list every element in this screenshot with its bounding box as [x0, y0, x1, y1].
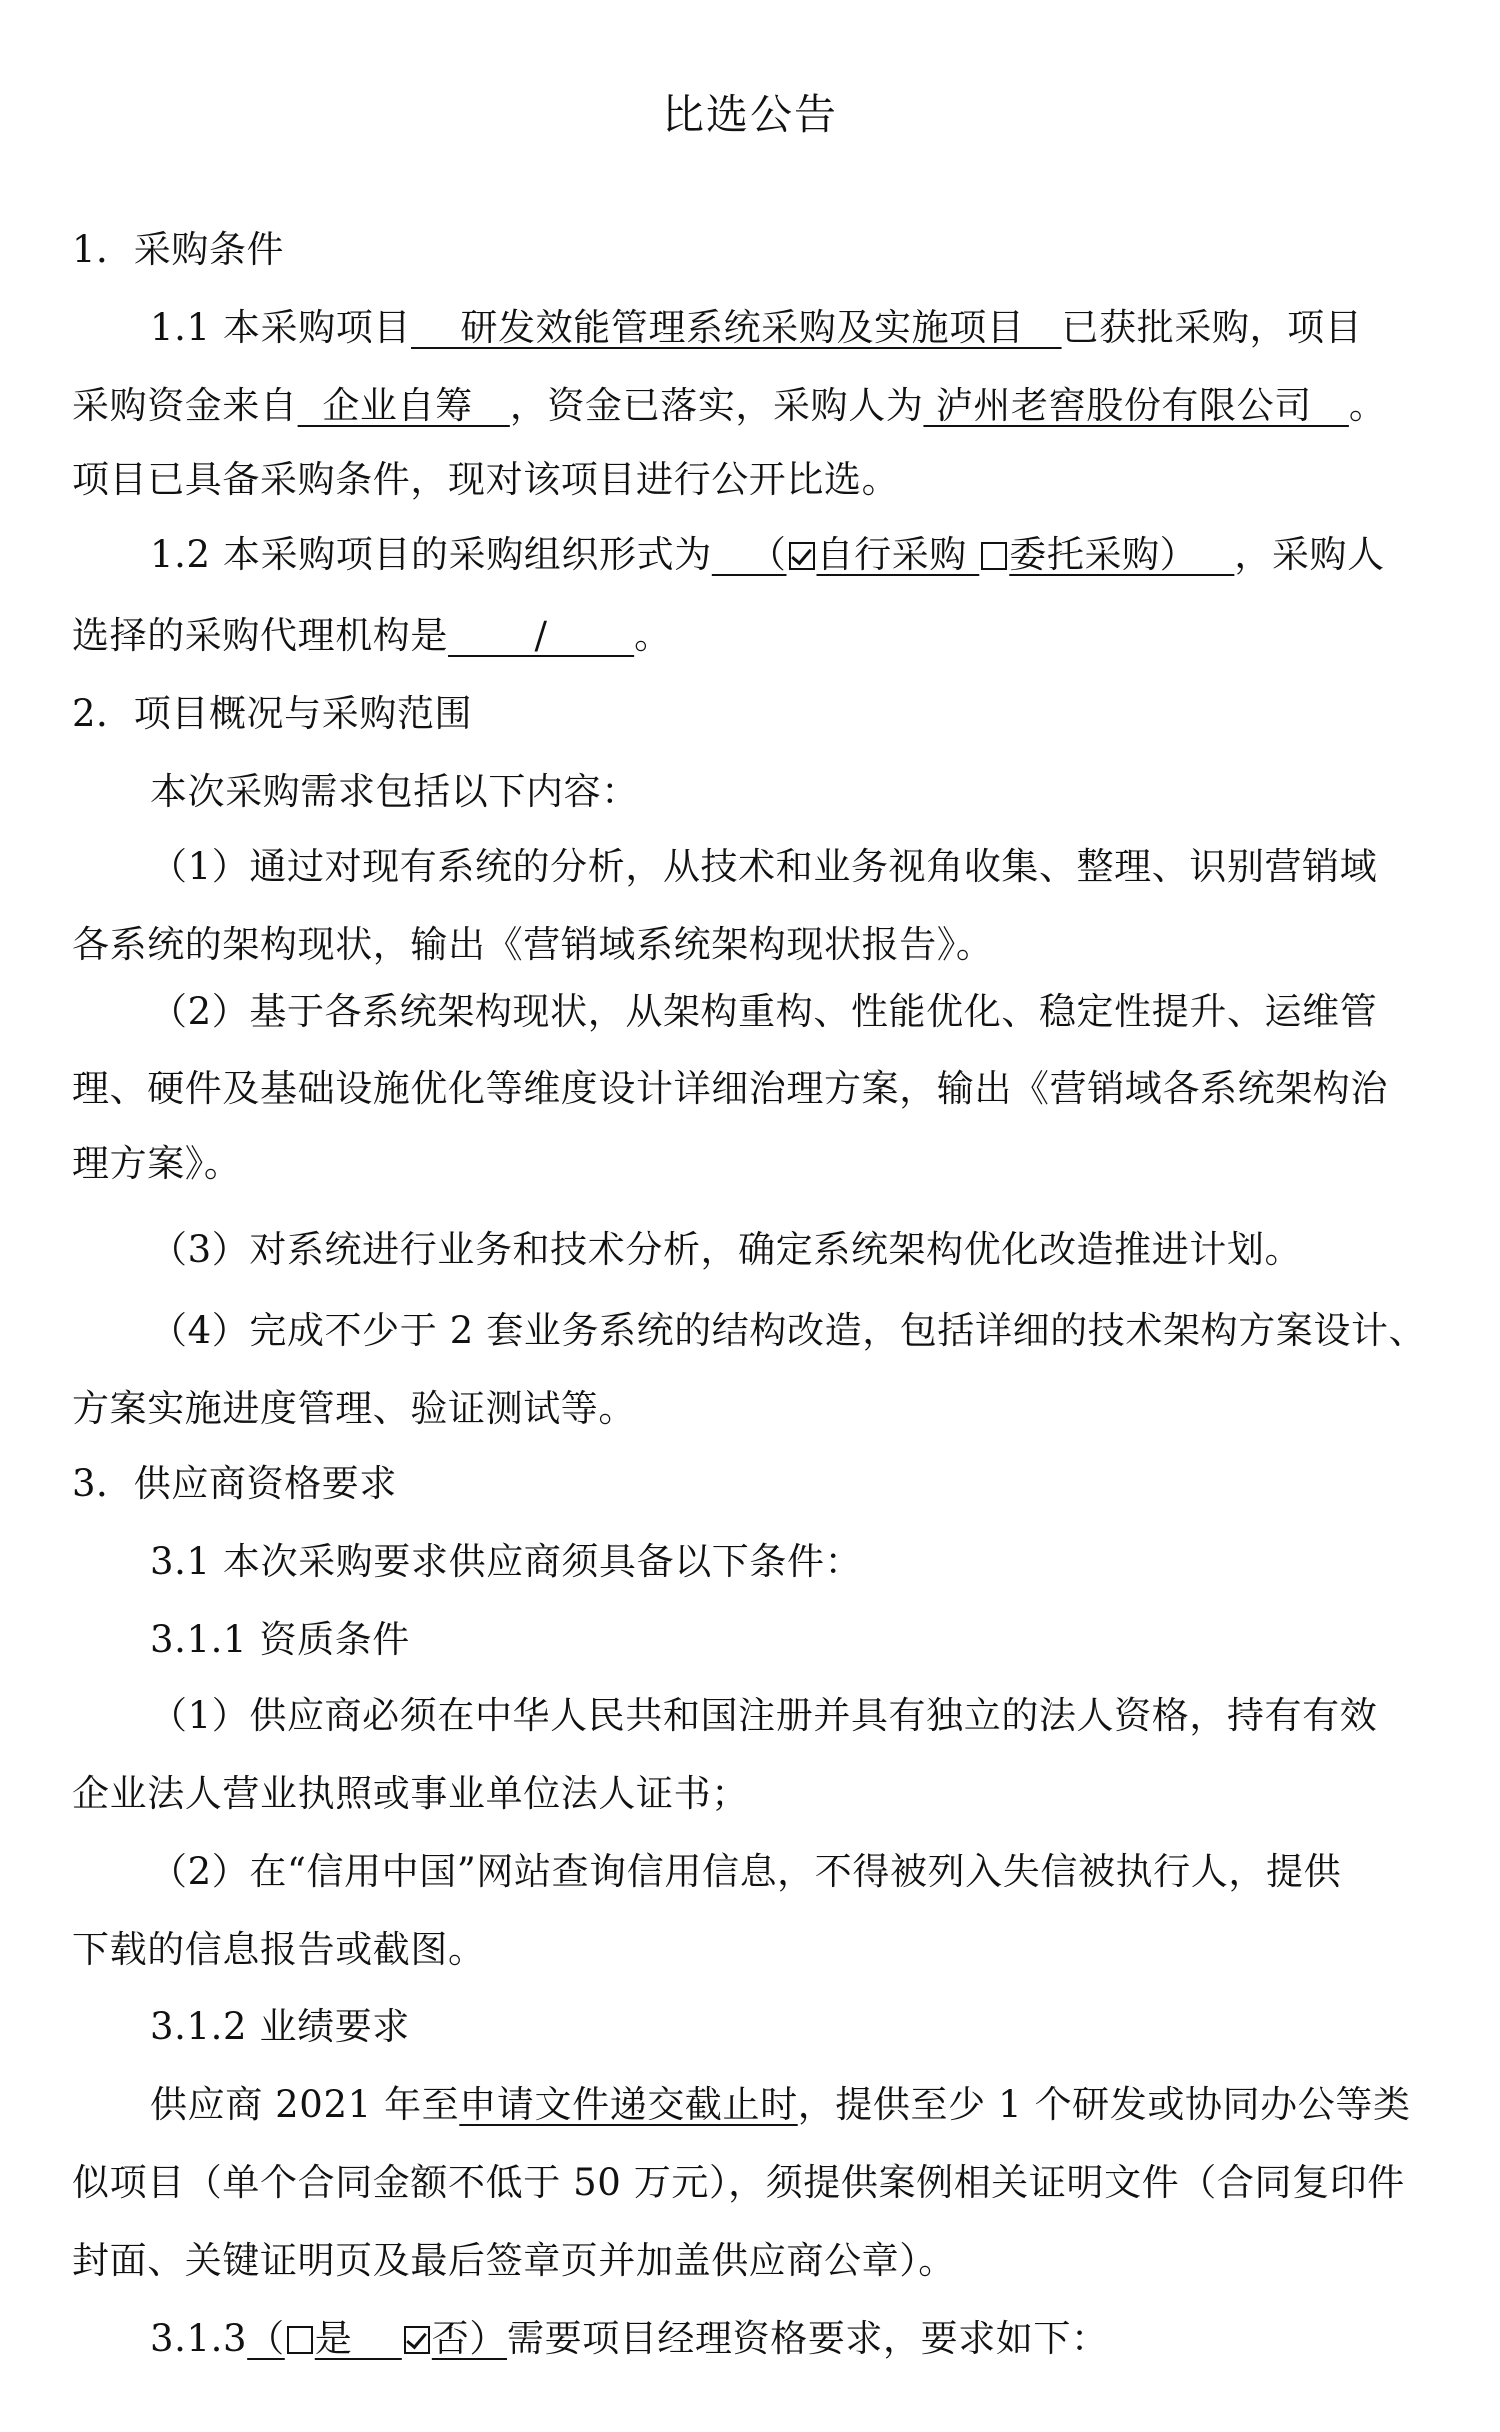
scope-item-4-line-1: （4）完成不少于 2 套业务系统的结构改造，包括详细的技术架构方案设计、: [150, 1307, 1442, 1355]
para-1-2-line-1: 1.2 本采购项目的采购组织形式为 （自行采购 委托采购） ，采购人: [150, 531, 1442, 579]
checkbox-no: [404, 2326, 430, 2354]
para-1-1-line-2: 采购资金来自 企业自筹 ，资金已落实，采购人为 泸州老窖股份有限公司 。: [72, 382, 1442, 430]
para-3-1-1-heading: 3.1.1 资质条件: [150, 1616, 1442, 1664]
scope-item-1-line-1: （1）通过对现有系统的分析，从技术和业务视角收集、整理、识别营销域: [150, 843, 1442, 891]
qualification-item-1-line-2: 企业法人营业执照或事业单位法人证书；: [72, 1770, 1442, 1818]
purchaser-label: ，资金已落实，采购人为: [510, 384, 924, 427]
para-1-2-suffix: ，采购人: [1234, 533, 1384, 576]
option-self-procurement-label: 自行采购: [817, 533, 980, 576]
announcement-page: 比选公告 1．采购条件 1.1 本采购项目 研发效能管理系统采购及实施项目 已获…: [0, 0, 1500, 2432]
para-3-1-3-suffix: 需要项目经理资格要求，要求如下：: [507, 2317, 1109, 2360]
pm-requirement-field: （是 否）: [247, 2317, 507, 2360]
scope-item-4-line-2: 方案实施进度管理、验证测试等。: [72, 1385, 1442, 1433]
period: 。: [634, 614, 672, 657]
qualification-item-2-line-1: （2）在“信用中国”网站查询信用信息，不得被列入失信被执行人，提供: [150, 1848, 1442, 1896]
performance-prefix: 供应商 2021 年至: [150, 2083, 459, 2126]
performance-line-1: 供应商 2021 年至申请文件递交截止时，提供至少 1 个研发或协同办公等类: [150, 2081, 1442, 2129]
qualification-item-1-line-1: （1）供应商必须在中华人民共和国注册并具有独立的法人资格，持有有效: [150, 1692, 1442, 1740]
checkbox-yes: [287, 2326, 313, 2354]
performance-suffix: ，提供至少 1 个研发或协同办公等类: [798, 2083, 1411, 2126]
option-yes-label: 是: [315, 2317, 402, 2360]
agency-label: 选择的采购代理机构是: [72, 614, 448, 657]
scope-item-1-line-2: 各系统的架构现状，输出《营销域系统架构现状报告》。: [72, 921, 1442, 969]
checkbox-self-procurement: [789, 542, 815, 570]
performance-line-3: 封面、关键证明页及最后签章页并加盖供应商公章）。: [72, 2237, 1442, 2285]
para-3-1-2-heading: 3.1.2 业绩要求: [150, 2003, 1442, 2051]
para-1-1-line-1: 1.1 本采购项目 研发效能管理系统采购及实施项目 已获批采购，项目: [150, 304, 1442, 352]
para-1-1-prefix: 1.1 本采购项目: [150, 306, 411, 349]
performance-line-2: 似项目（单个合同金额不低于 50 万元），须提供案例相关证明文件（合同复印件: [72, 2159, 1442, 2207]
para-3-1-3: 3.1.3（是 否）需要项目经理资格要求，要求如下：: [150, 2315, 1442, 2363]
project-name-field: 研发效能管理系统采购及实施项目: [411, 306, 1062, 349]
scope-item-2-line-1: （2）基于各系统架构现状，从架构重构、性能优化、稳定性提升、运维管: [150, 988, 1442, 1036]
scope-item-2-line-2: 理、硬件及基础设施优化等维度设计详细治理方案，输出《营销域各系统架构治: [72, 1065, 1442, 1113]
agency-field: /: [448, 614, 634, 657]
para-3-1-3-prefix: 3.1.3: [150, 2317, 247, 2360]
option-no-label: 否）: [432, 2317, 507, 2360]
page-title: 比选公告: [0, 90, 1500, 140]
para-1-1-line-3: 项目已具备采购条件，现对该项目进行公开比选。: [72, 456, 1442, 504]
para-1-1-mid: 已获批采购，项目: [1062, 306, 1363, 349]
section-2-intro: 本次采购需求包括以下内容：: [150, 768, 1442, 816]
section-1-heading: 1．采购条件: [72, 226, 1442, 274]
para-3-1: 3.1 本次采购要求供应商须具备以下条件：: [150, 1538, 1442, 1586]
fund-label: 采购资金来自: [72, 384, 298, 427]
period: 。: [1349, 384, 1387, 427]
checkbox-entrusted-procurement: [981, 542, 1007, 570]
para-1-2-line-2: 选择的采购代理机构是 / 。: [72, 612, 1442, 660]
scope-item-2-line-3: 理方案》。: [72, 1140, 1442, 1188]
paren-open: （: [247, 2317, 285, 2360]
option-entrusted-procurement-label: 委托采购）: [1009, 533, 1234, 576]
para-1-2-prefix: 1.2 本采购项目的采购组织形式为: [150, 533, 712, 576]
paren-open: （: [712, 533, 787, 576]
purchaser-field: 泸州老窖股份有限公司: [923, 384, 1348, 427]
procurement-form-field: （自行采购 委托采购）: [712, 533, 1235, 576]
section-3-heading: 3．供应商资格要求: [72, 1460, 1442, 1508]
qualification-item-2-line-2: 下载的信息报告或截图。: [72, 1926, 1442, 1974]
section-2-heading: 2．项目概况与采购范围: [72, 690, 1442, 738]
fund-source-field: 企业自筹: [298, 384, 510, 427]
scope-item-3-line-1: （3）对系统进行业务和技术分析，确定系统架构优化改造推进计划。: [150, 1226, 1442, 1274]
submission-deadline-text: 申请文件递交截止时: [459, 2083, 797, 2126]
